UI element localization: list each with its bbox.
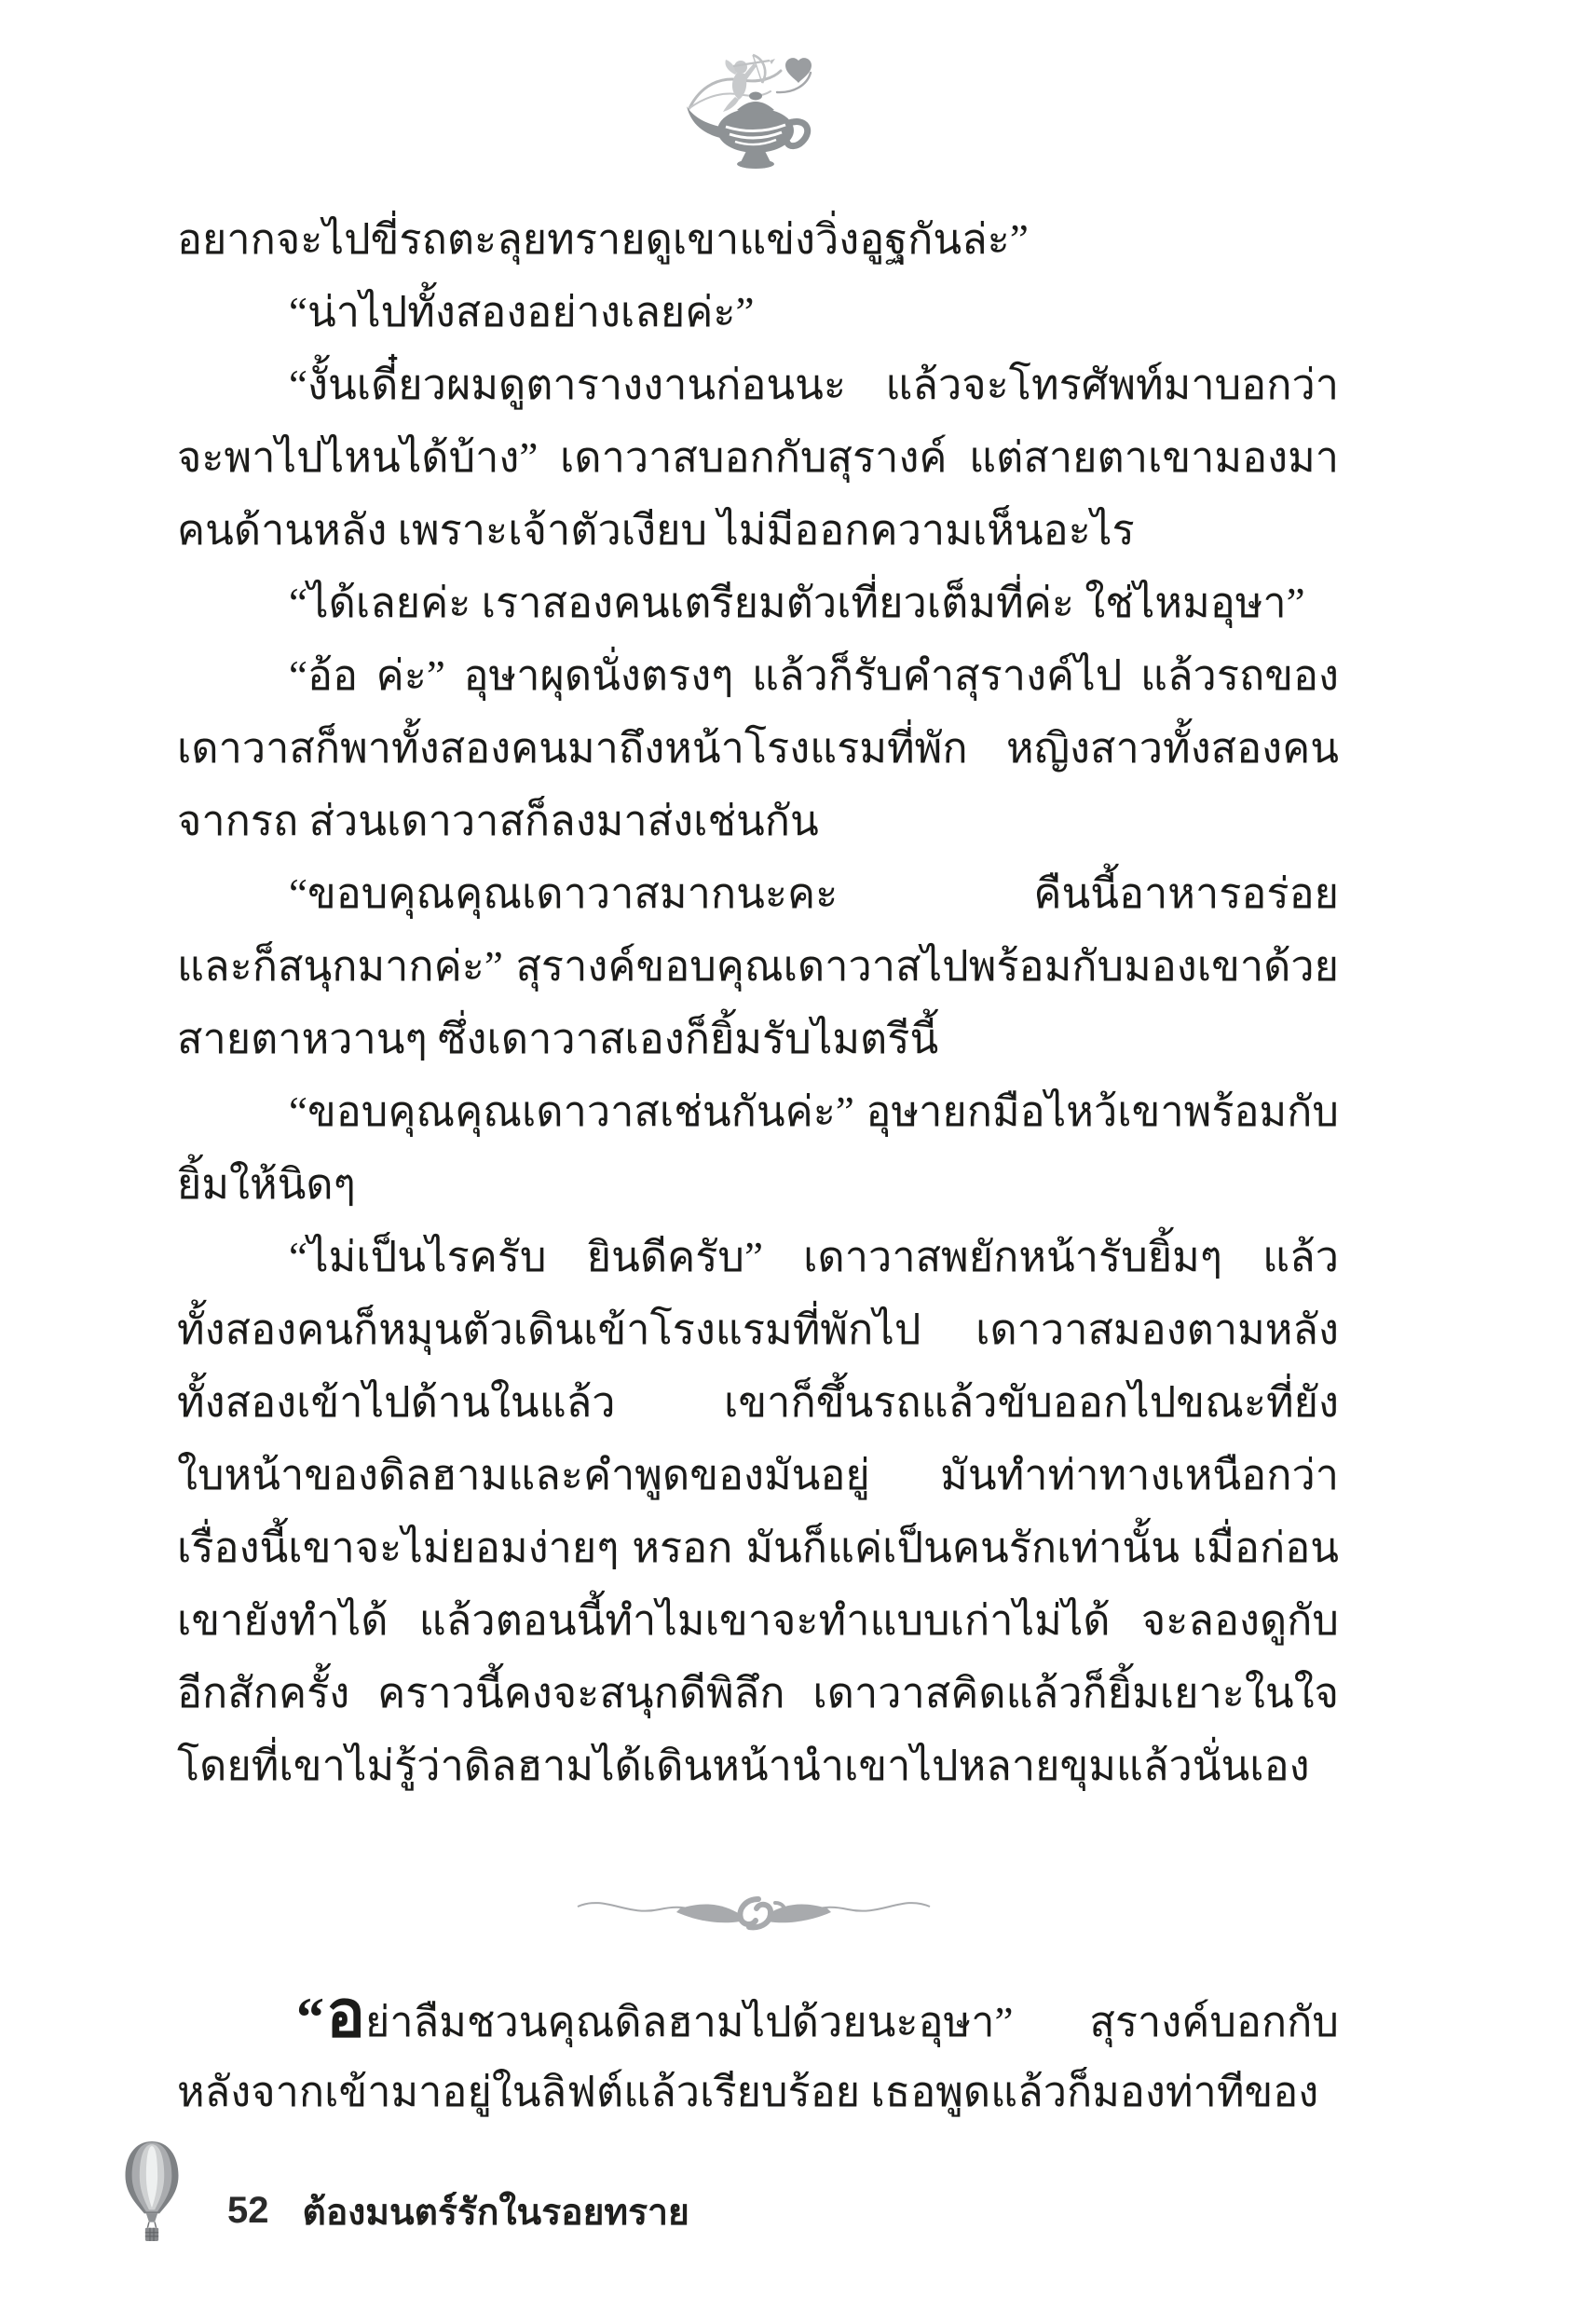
text-line: เรื่องนี้เขาจะไม่ยอมง่ายๆ หรอก มันก็แค่เ… xyxy=(177,1511,1339,1584)
text-line: “ขอบคุณคุณเดาวาสเช่นกันค่ะ” อุษายกมือไหว… xyxy=(177,1075,1339,1148)
text-line: ใบหน้าของดิลฮามและคำพูดของมันอยู่ มันทำท… xyxy=(177,1439,1339,1511)
text-line: ยิ้มให้นิดๆ xyxy=(177,1148,1339,1221)
new-scene-paragraph: “อย่าลืมชวนคุณดิลฮามไปด้วยนะอุษา” สุรางค… xyxy=(177,1977,1339,2130)
text-line: จะพาไปไหนได้บ้าง” เดาวาสบอกกับสุรางค์ แต… xyxy=(177,421,1339,494)
text-line: สายตาหวานๆ ซึ่งเดาวาสเองก็ยิ้มรับไมตรีนี… xyxy=(177,1003,1339,1075)
text-line: ทั้งสองเข้าไปด้านในแล้ว เขาก็ขึ้นรถแล้วข… xyxy=(177,1366,1339,1439)
text-line: ทั้งสองคนก็หมุนตัวเดินเข้าโรงแรมที่พักไป… xyxy=(177,1293,1339,1366)
text-line: อยากจะไปขี่รถตะลุยทรายดูเขาแข่งวิ่งอูฐกั… xyxy=(177,203,1339,276)
genie-lamp-cupid-ornament xyxy=(683,52,815,175)
book-title: ต้องมนตร์รักในรอยทราย xyxy=(303,2195,689,2244)
text-line: “อ้อ ค่ะ” อุษาผุดนั่งตรงๆ แล้วก็รับคำสุร… xyxy=(177,639,1339,712)
genie-lamp xyxy=(687,92,808,170)
text-line: หลังจากเข้ามาอยู่ในลิฟต์แล้วเรียบร้อย เธ… xyxy=(177,2054,1339,2130)
text-line: “ขอบคุณคุณเดาวาสมากนะคะ คืนนี้อาหารอร่อย… xyxy=(177,857,1339,930)
text-line: จากรถ ส่วนเดาวาสก็ลงมาส่งเช่นกัน xyxy=(177,785,1339,857)
text-line: และก็สนุกมากค่ะ” สุรางค์ขอบคุณเดาวาสไปพร… xyxy=(177,930,1339,1003)
page-footer: 52 ต้องมนตร์รักในรอยทราย xyxy=(119,2136,689,2244)
page-number: 52 xyxy=(227,2192,269,2244)
text-line: คนด้านหลัง เพราะเจ้าตัวเงียบ ไม่มีออกควา… xyxy=(177,494,1339,567)
heart-shape xyxy=(777,58,812,92)
drop-cap-letter: อ xyxy=(326,1979,365,2051)
hot-air-balloon-icon xyxy=(119,2140,184,2244)
text-line: เดาวาสก็พาทั้งสองคนมาถึงหน้าโรงแรมที่พัก… xyxy=(177,712,1339,785)
text-line: “ไม่เป็นไรครับ ยินดีครับ” เดาวาสพยักหน้า… xyxy=(177,1221,1339,1293)
dropcap-line: “อย่าลืมชวนคุณดิลฮามไปด้วยนะอุษา” สุรางค… xyxy=(177,1977,1339,2054)
text-line: อีกสักครั้ง คราวนี้คงจะสนุกดีพิลึก เดาวา… xyxy=(177,1657,1339,1730)
page-body-text: อยากจะไปขี่รถตะลุยทรายดูเขาแข่งวิ่งอูฐกั… xyxy=(177,203,1339,1802)
text-line: เขายังทำได้ แล้วตอนนี้ทำไมเขาจะทำแบบเก่า… xyxy=(177,1584,1339,1657)
scene-divider-flourish xyxy=(576,1892,932,1936)
text-line: “ได้เลยค่ะ เราสองคนเตรียมตัวเที่ยวเต็มที… xyxy=(177,567,1339,639)
dropcap-line-text: ย่าลืมชวนคุณดิลฮามไปด้วยนะอุษา” สุรางค์บ… xyxy=(296,1999,1339,2054)
text-line: “งั้นเดี๋ยวผมดูตารางงานก่อนนะ แล้วจะโทรศ… xyxy=(177,349,1339,421)
text-line: “น่าไปทั้งสองอย่างเลยค่ะ” xyxy=(177,276,1339,349)
open-quote: “ xyxy=(296,1987,326,2048)
text-line: โดยที่เขาไม่รู้ว่าดิลฮามได้เดินหน้านำเขา… xyxy=(177,1730,1339,1802)
